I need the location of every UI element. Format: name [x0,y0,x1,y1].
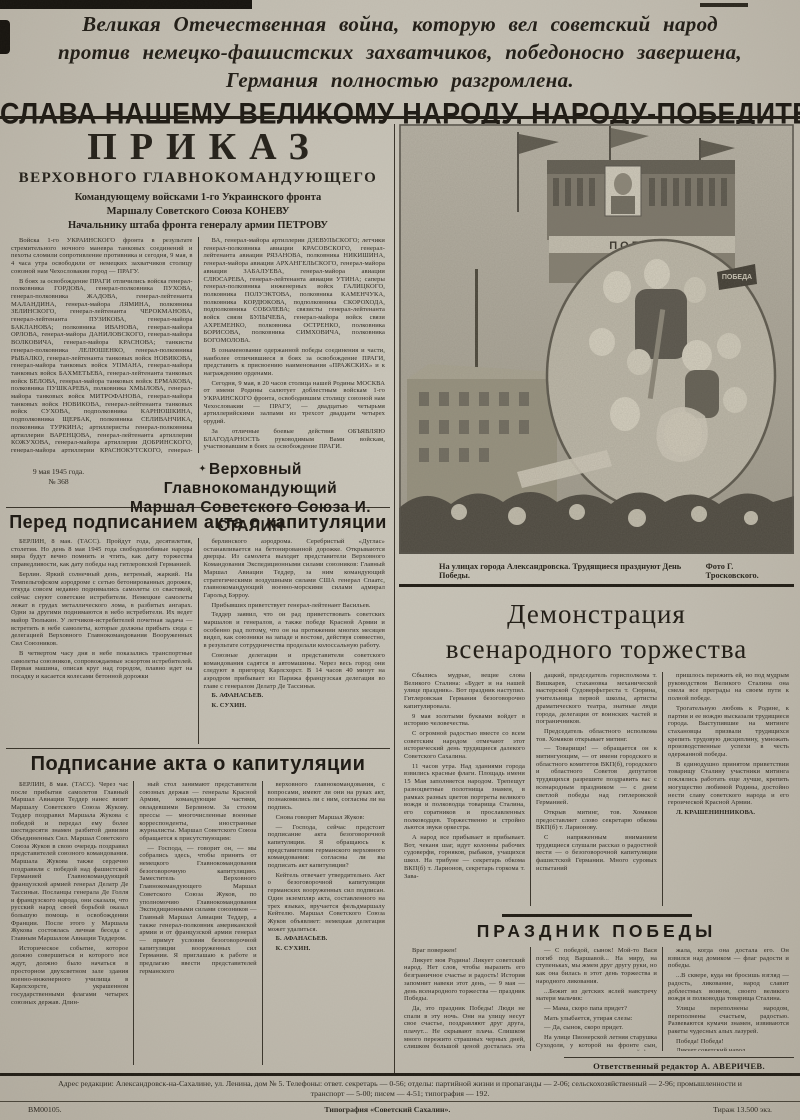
article4-column-3-text: жала, когда она достала его. Он взвился … [668,947,789,1051]
paragraph: Союзные делегации и представители советс… [204,652,386,691]
banner-line-2: против немецко-фашистских захватчиков, п… [0,38,800,66]
article1-column-2: берлинского аэродрома. Серебристый «Дугл… [198,538,391,744]
article2-column-3: верховного главнокомандования, с вопроса… [262,781,390,1065]
section-divider [6,748,390,749]
order-addressee-1: Командующему войсками 1-го Украинского ф… [6,191,390,204]
paragraph: С огромной радостью вместе со всем совет… [404,730,525,761]
article2-heading: Подписание акта о капитуляции [6,753,390,776]
paragraph: — Господа, — говорит он, — мы собрались … [139,845,256,976]
article2-column-2: ный стол занимают представители союзных … [133,781,261,1065]
paragraph: За отличные боевые действия ОБЪЯВЛЯЮ БЛА… [204,428,386,451]
article1-column-2-text: берлинского аэродрома. Серебристый «Дугл… [204,538,386,690]
paragraph: Трогательную любовь к Родине, к партии и… [668,705,789,759]
order-column-1: Войска 1-го УКРАИНСКОГО фронта в результ… [6,237,198,453]
order-number: № 368 [48,477,68,486]
banner-line-1: Великая Отечественная война, которую вел… [0,10,800,38]
paragraph: дацкий, председатель горисполкома т. Виш… [536,672,657,726]
photo-caption: На улицах города Александровска. Трудящи… [439,562,706,580]
paragraph: В боях за освобождение ПРАГИ отличились … [11,278,193,453]
editor-row: Ответственный редактор А. АВЕРИЧЕВ. [399,1057,794,1071]
order-addressee-2: Маршалу Советского Союза КОНЕВУ [6,205,390,218]
paragraph: Сегодня, 9 мая, в 20 часов столица нашей… [204,380,386,426]
article4-column-2: — С победой, сынок! Мой-то Вася погиб по… [530,947,662,1051]
paragraph: Войска 1-го УКРАИНСКОГО фронта в результ… [11,237,193,276]
paragraph: 9 мая золотыми буквами войдет в историю … [404,713,525,728]
article3-heading: Демонстрация всенародного торжества [432,597,762,667]
order-date: 9 мая 1945 года. [33,467,84,476]
paragraph: берлинского аэродрома. Серебристый «Дугл… [204,538,386,600]
order-title: ПРИКАЗ [6,126,390,168]
paragraph: В ознаменование одержанной победы соедин… [204,347,386,378]
left-column-section: ПРИКАЗ ВЕРХОВНОГО ГЛАВНОКОМАНДУЮЩЕГО Ком… [6,124,390,1065]
caption-rule [399,584,794,587]
paragraph: С напряженным вниманием трудящиеся слуша… [536,834,657,873]
paragraph: Прибывших приветствует генерал-лейтенант… [204,602,386,610]
photo-caption-row: На улицах города Александровска. Трудящи… [399,559,794,582]
paragraph: Открыв митинг, тов. Хомяков предоставляе… [536,809,657,832]
order-footer: 9 мая 1945 года. № 368 Верховный Главнок… [6,459,390,503]
printing-house: Типография «Советский Сахалин». [324,1105,450,1114]
victory-banner: Великая Отечественная война, которую вел… [0,10,800,130]
paragraph: БЕРЛИН, 8 мая. (ТАСС). Через час после п… [11,781,128,943]
paragraph: ный стол занимают представители союзных … [139,781,256,843]
paragraph: Ликует моя Родина! Ликует советский наро… [404,957,525,1003]
article1-byline-1: Б. АФАНАСЬЕВ. [204,692,386,700]
editor-line: Ответственный редактор А. АВЕРИЧЕВ. [564,1057,794,1071]
paragraph: Берлин. Яркий солнечный день, ветреный, … [11,571,193,648]
article3-column-3: пришлось пережить ей, но под мудрым руко… [662,672,794,906]
article2-body: БЕРЛИН, 8 мая. (ТАСС). Через час после п… [6,781,390,1065]
article3-column-2: дацкий, председатель горисполкома т. Виш… [530,672,662,906]
article4-heading: ПРАЗДНИК ПОБЕДЫ [399,921,794,942]
photo-credit: Фото Г. Тросковского. [706,562,786,580]
article1-byline-2: К. СУХИН. [204,702,386,710]
paragraph: ...В сквере, куда ни бросишь взгляд — ра… [668,972,789,1003]
paragraph: — С победой, сынок! Мой-то Вася погиб по… [536,947,657,986]
article3-column-1: Сбылись мудрые, вещие слова Великого Ста… [399,672,530,906]
article3-byline: Л. КРАШЕНИННИКОВА. [668,809,789,817]
paragraph: В четвертом часу дня в небе показались т… [11,650,193,681]
article2-byline-1: Б. АФАНАСЬЕВ. [268,935,385,943]
paragraph: 11 часов утра. Над зданиями города взвил… [404,763,525,832]
paragraph: Улицы переполнены народом, переполнены с… [668,1005,789,1036]
paragraph: Сбылись мудрые, вещие слова Великого Ста… [404,672,525,711]
article2-column-3-text: верховного главнокомандования, с вопроса… [268,781,385,933]
paragraph: — Господа, сейчас предстоит подписание а… [268,824,385,870]
center-column-divider [394,124,395,1076]
article2-byline-2: К. СУХИН. [268,945,385,953]
paragraph: Ликует советский народ. [668,1047,789,1051]
short-divider-rule [502,914,692,917]
paragraph: ...Бежит из детских яслей навстречу мате… [536,988,657,1003]
imprint-bottom-row: ВМ00105. Типография «Советский Сахалин».… [0,1101,800,1114]
paragraph: — Да, сынок, скоро придет. [536,1024,657,1032]
paragraph: Победа! Победа! [668,1038,789,1046]
right-column-section: ПОБЕДА [399,124,794,1071]
paragraph: — Товарищи! — обращается он к митингующи… [536,745,657,807]
paragraph: Кейтель отвечает утвердительно. Акт о бе… [268,872,385,934]
order-subtitle: ВЕРХОВНОГО ГЛАВНОКОМАНДУЮЩЕГО [6,170,390,187]
editorial-address: Адрес редакции: Александровск-на-Сахалин… [55,1079,745,1098]
paragraph: В единодушно принятом приветствии товари… [668,761,789,807]
banner-line-3: Германия полностью разгромлена. [0,66,800,94]
paragraph: Теддер заявил, что он рад приветствовать… [204,611,386,650]
paragraph: Председатель областного исполкома тов. Х… [536,728,657,743]
order-dateline: 9 мая 1945 года. № 368 [6,459,111,487]
article3-column-3-text: пришлось пережить ей, но под мудрым руко… [668,672,789,807]
paragraph: ВА, генерал-майора артиллерии ДЗЕВУЛЬСКО… [204,237,386,345]
imprint-footer: Адрес редакции: Александровск-на-Сахалин… [0,1073,800,1114]
paragraph: На улице Пионерской летняя старушка Сухо… [536,1034,657,1051]
ink-smudge-right [700,3,748,7]
article4-column-3: жала, когда она достала его. Он взвился … [662,947,794,1051]
order-body: Войска 1-го УКРАИНСКОГО фронта в результ… [6,237,390,453]
paragraph: А народ все прибывает и прибывает. Вот, … [404,834,525,880]
headline-rule [0,116,800,119]
article4-column-1: Враг повержен!Ликует моя Родина! Ликует … [399,947,530,1051]
paragraph: Мать улыбается, утирая слезы: [536,1015,657,1023]
article1-column-1: БЕРЛИН, 8 мая. (ТАСС). Пройдут года, дес… [6,538,198,744]
paragraph: верховного главнокомандования, с вопроса… [268,781,385,812]
victory-celebration-photo: ПОБЕДА [399,124,794,554]
newspaper-page: Великая Отечественная война, которую вел… [0,0,800,1120]
paragraph: БЕРЛИН, 8 мая. (ТАСС). Пройдут года, дес… [11,538,193,569]
paragraph: Снова говорит Маршал Жуков: [268,814,385,822]
print-code: ВМ00105. [28,1105,62,1114]
article4-body: Враг повержен!Ликует моя Родина! Ликует … [399,947,794,1051]
paragraph: жала, когда она достала его. Он взвился … [668,947,789,970]
circulation: Тираж 13.500 экз. [713,1105,772,1114]
paragraph: Да, это праздник Победы! Люди не спали в… [404,1005,525,1051]
order-addressee-3: Начальнику штаба фронта генералу армии П… [6,219,390,232]
article3-body: Сбылись мудрые, вещие слова Великого Ста… [399,672,794,906]
paragraph: — Мама, скоро папа придет? [536,1005,657,1013]
signature-title: Верховный Главнокомандующий [111,459,390,498]
article1-body: БЕРЛИН, 8 мая. (ТАСС). Пройдут года, дес… [6,538,390,744]
paragraph: Враг повержен! [404,947,525,955]
masthead-remnant-bar [0,0,252,9]
paragraph: пришлось пережить ей, но под мудрым руко… [668,672,789,703]
order-column-2: ВА, генерал-майора артиллерии ДЗЕВУЛЬСКО… [198,237,391,453]
article2-column-1: БЕРЛИН, 8 мая. (ТАСС). Через час после п… [6,781,133,1065]
paragraph: Историческое событие, которое должно сов… [11,945,128,1007]
article1-heading: Перед подписанием акта о капитуляции [6,512,390,533]
